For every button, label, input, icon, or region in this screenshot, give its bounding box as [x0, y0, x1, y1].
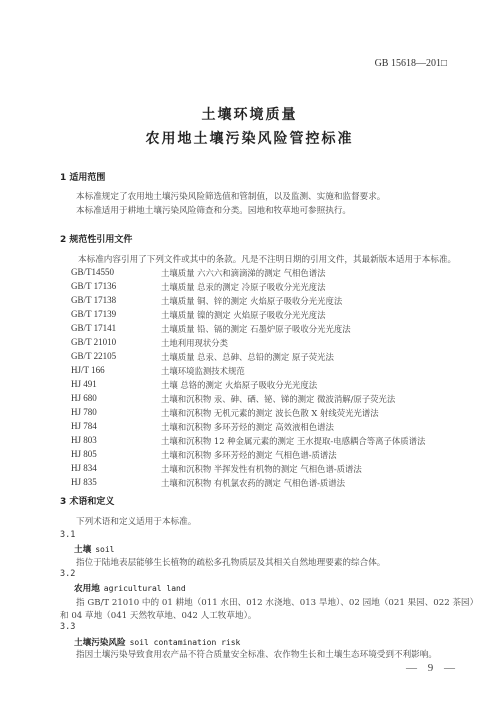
term-definition: 和 04 草地（041 天然牧草地、042 人工牧草地）。 [60, 609, 256, 621]
reference-code: GB/T 22105 [71, 351, 116, 361]
term-en: soil [95, 545, 114, 554]
reference-title: 土壤 总铬的测定 火焰原子吸收分光光度法 [161, 379, 317, 391]
reference-code: HJ 835 [71, 477, 97, 487]
reference-code: HJ 680 [71, 393, 97, 403]
reference-code: GB/T 21010 [71, 337, 116, 347]
reference-title: 土壤质量 六六六和滴滴涕的测定 气相色谱法 [161, 267, 325, 279]
term-heading: 土壤污染风险soil contamination risk [74, 636, 240, 648]
term-definition: 指因土壤污染导致食用农产品不符合质量安全标准、农作物生长和土壤生态环境受到不利影… [76, 648, 437, 660]
document-page: GB 15618—201□ 土壤环境质量 农用地土壤污染风险管控标准 1 适用范… [0, 0, 499, 706]
reference-code: HJ 805 [71, 449, 97, 459]
reference-title: 土壤质量 总汞、总砷、总铅的测定 原子荧光法 [161, 351, 334, 363]
section-1-paragraph: 本标准适用于耕地土壤污染风险筛查和分类。园地和牧草地可参照执行。 [76, 204, 351, 216]
term-zh: 土壤污染风险 [74, 638, 126, 648]
reference-code: HJ/T 166 [71, 365, 105, 375]
document-title-line1: 土壤环境质量 [0, 104, 499, 124]
term-heading: 农用地agricultural land [74, 582, 186, 594]
standard-number: GB 15618—201□ [375, 58, 447, 69]
term-number: 3.2 [60, 569, 75, 579]
term-number: 3.3 [60, 622, 75, 632]
reference-code: GB/T 17138 [71, 295, 116, 305]
reference-code: GB/T14550 [71, 267, 114, 277]
term-heading: 土壤soil [74, 543, 114, 555]
reference-title: 土壤和沉积物 多环芳烃的测定 高效液相色谱法 [161, 421, 334, 433]
section-1-paragraph: 本标准规定了农用地土壤污染风险筛选值和管制值，以及监测、实施和监督要求。 [76, 190, 385, 202]
term-en: soil contamination risk [130, 638, 241, 647]
reference-code: GB/T 17136 [71, 281, 116, 291]
term-zh: 农用地 [74, 584, 100, 594]
term-en: agricultural land [104, 584, 186, 593]
reference-title: 土壤质量 铜、锌的测定 火焰原子吸收分光光度法 [161, 295, 342, 307]
reference-code: GB/T 17141 [71, 323, 116, 333]
page-number: — 9 — [406, 662, 459, 674]
section-2-intro: 本标准内容引用了下列文件或其中的条款。凡是不注明日期的引用文件，其最新版本适用于… [78, 253, 456, 265]
reference-title: 土壤和沉积物 12 种金属元素的测定 王水提取-电感耦合等离子体质谱法 [161, 435, 425, 447]
section-3-heading: 3 术语和定义 [60, 494, 114, 507]
reference-code: HJ 834 [71, 463, 97, 473]
term-definition: 指 GB/T 21010 中的 01 耕地（011 水田、012 水浇地、013… [76, 596, 478, 608]
term-definition: 指位于陆地表层能够生长植物的疏松多孔物质层及其相关自然地理要素的综合体。 [76, 556, 385, 568]
reference-title: 土壤质量 铅、镉的测定 石墨炉原子吸收分光光度法 [161, 323, 351, 335]
reference-title: 土壤和沉积物 有机氯农药的测定 气相色谱-质谱法 [161, 477, 345, 489]
reference-title: 土壤和沉积物 多环芳烃的测定 气相色谱-质谱法 [161, 449, 337, 461]
reference-code: HJ 780 [71, 407, 97, 417]
reference-title: 土壤环境监测技术规范 [161, 365, 245, 377]
term-zh: 土壤 [74, 545, 91, 555]
reference-title: 土壤和沉积物 无机元素的测定 波长色散 X 射线荧光光谱法 [161, 407, 379, 419]
reference-title: 土地利用现状分类 [161, 337, 228, 349]
reference-code: HJ 803 [71, 435, 97, 445]
reference-code: HJ 491 [71, 379, 97, 389]
reference-title: 土壤和沉积物 汞、砷、硒、铋、锑的测定 微波消解/原子荧光法 [161, 393, 395, 405]
reference-code: HJ 784 [71, 421, 97, 431]
term-number: 3.1 [60, 530, 75, 540]
reference-title: 土壤和沉积物 半挥发性有机物的测定 气相色谱-质谱法 [161, 463, 362, 475]
section-3-intro: 下列术语和定义适用于本标准。 [76, 515, 196, 527]
document-title-line2: 农用地土壤污染风险管控标准 [0, 128, 499, 148]
reference-title: 土壤质量 镍的测定 火焰原子吸收分光光度法 [161, 309, 325, 321]
section-2-heading: 2 规范性引用文件 [60, 232, 132, 245]
section-1-heading: 1 适用范围 [60, 170, 105, 183]
reference-title: 土壤质量 总汞的测定 冷原子吸收分光光度法 [161, 281, 325, 293]
reference-code: GB/T 17139 [71, 309, 116, 319]
